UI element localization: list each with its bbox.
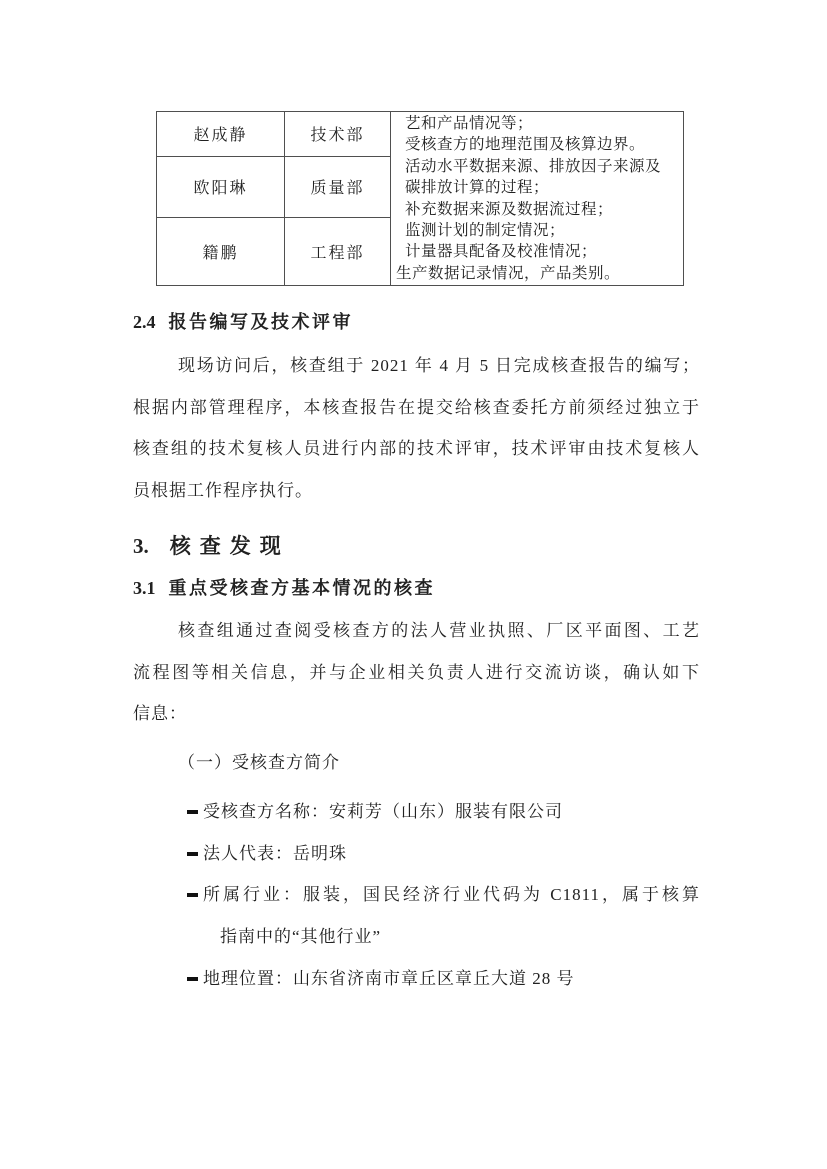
verifier-name-cell: 欧阳琳: [157, 156, 285, 218]
section-2-4-heading: 2.4报告编写及技术评审: [133, 308, 353, 334]
section-3-heading: 3.核查发现: [133, 530, 290, 560]
text-line: 流程图等相关信息，并与企业相关负责人进行交流访谈，确认如下: [133, 652, 700, 694]
scope-line: 活动水平数据来源、排放因子来源及: [396, 156, 681, 177]
text-line: 核查组通过查阅受核查方的法人营业执照、厂区平面图、工艺: [133, 610, 700, 652]
scope-line: 监测计划的制定情况；: [396, 220, 681, 241]
text-line: 核查组的技术复核人员进行内部的技术评审，技术评审由技术复核人: [133, 428, 700, 470]
company-info-list: 受核查方名称：安莉芳（山东）服装有限公司 法人代表：岳明珠 所属行业：服装，国民…: [133, 791, 700, 1000]
scope-line: 计量器具配备及校准情况；: [396, 241, 681, 262]
list-item-wrap-line: 指南中的“其他行业”: [133, 916, 700, 958]
text-line: 现场访问后，核查组于 2021 年 4 月 5 日完成核查报告的编写；: [133, 345, 700, 387]
interview-scope-cell: 艺和产品情况等； 受核查方的地理范围及核算边界。 活动水平数据来源、排放因子来源…: [391, 112, 684, 286]
scope-line: 补充数据来源及数据流过程；: [396, 199, 681, 220]
scope-line: 受核查方的地理范围及核算边界。: [396, 134, 681, 155]
verifier-dept-cell: 技术部: [285, 112, 391, 157]
dash-bullet-icon: [187, 893, 198, 897]
text-line: 根据内部管理程序，本核查报告在提交给核查委托方前须经过独立于: [133, 387, 700, 429]
scope-line: 艺和产品情况等；: [396, 113, 681, 134]
section-2-4-number: 2.4: [133, 312, 156, 332]
list-item-text: 地理位置：山东省济南市章丘区章丘大道 28 号: [203, 969, 575, 988]
section-2-4-title: 报告编写及技术评审: [169, 312, 354, 332]
section-3-number: 3.: [133, 534, 149, 558]
document-page: 赵成静 技术部 艺和产品情况等； 受核查方的地理范围及核算边界。 活动水平数据来…: [0, 0, 827, 1169]
list-item: 地理位置：山东省济南市章丘区章丘大道 28 号: [133, 958, 700, 1000]
section-3-1-number: 3.1: [133, 578, 156, 598]
scope-line: 碳排放计算的过程；: [396, 177, 681, 198]
section-3-title: 核查发现: [170, 534, 290, 558]
text-line: 员根据工作程序执行。: [133, 470, 700, 512]
text-line: 信息：: [133, 693, 700, 735]
verifier-name-cell: 赵成静: [157, 112, 285, 157]
section-3-1-paragraph: 核查组通过查阅受核查方的法人营业执照、厂区平面图、工艺 流程图等相关信息，并与企…: [133, 610, 700, 735]
list-item: 法人代表：岳明珠: [133, 833, 700, 875]
list-item: 所属行业：服装，国民经济行业代码为 C1811，属于核算: [133, 874, 700, 916]
scope-line: 生产数据记录情况，产品类别。: [396, 263, 681, 284]
table-row: 赵成静 技术部 艺和产品情况等； 受核查方的地理范围及核算边界。 活动水平数据来…: [157, 112, 684, 157]
dash-bullet-icon: [187, 977, 198, 981]
section-2-4-paragraph: 现场访问后，核查组于 2021 年 4 月 5 日完成核查报告的编写； 根据内部…: [133, 345, 700, 512]
list-item-text: 法人代表：岳明珠: [203, 844, 347, 863]
section-3-1-heading: 3.1重点受核查方基本情况的核查: [133, 574, 435, 600]
list-item-text: 所属行业：服装，国民经济行业代码为 C1811，属于核算: [203, 885, 700, 904]
verifier-name-cell: 籍鹏: [157, 218, 285, 286]
verifier-table: 赵成静 技术部 艺和产品情况等； 受核查方的地理范围及核算边界。 活动水平数据来…: [156, 111, 684, 286]
dash-bullet-icon: [187, 810, 198, 814]
list-item: 受核查方名称：安莉芳（山东）服装有限公司: [133, 791, 700, 833]
section-3-1-title: 重点受核查方基本情况的核查: [169, 578, 436, 598]
list-item-text: 受核查方名称：安莉芳（山东）服装有限公司: [203, 802, 563, 821]
verifier-dept-cell: 工程部: [285, 218, 391, 286]
interview-scope-text: 艺和产品情况等； 受核查方的地理范围及核算边界。 活动水平数据来源、排放因子来源…: [391, 112, 683, 285]
dash-bullet-icon: [187, 852, 198, 856]
verifier-dept-cell: 质量部: [285, 156, 391, 218]
company-intro-label: （一）受核查方简介: [178, 742, 340, 784]
